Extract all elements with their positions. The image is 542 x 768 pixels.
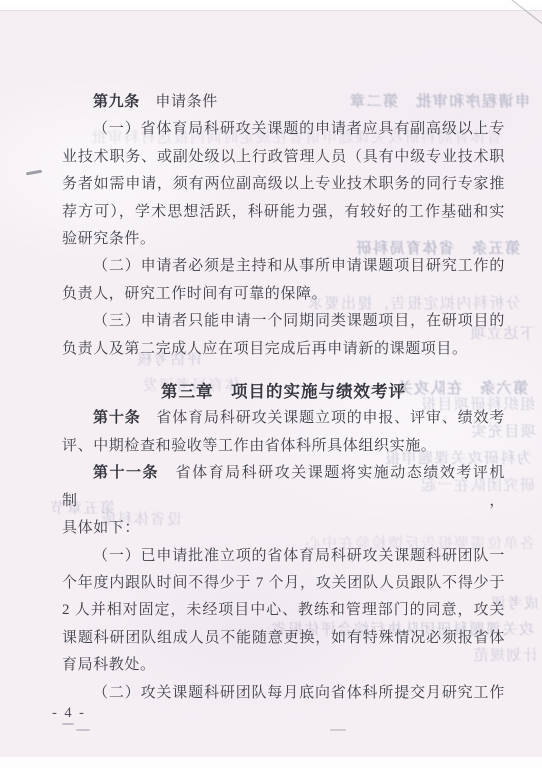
document-line: 负责人及第二完成人应在项目完成后再申请新的课题项目。 — [62, 336, 505, 363]
line-text: 负责人及第二完成人应在项目完成后再申请新的课题项目。 — [62, 341, 468, 357]
document-body: 第九条 申请条件 （一）省体育局科研攻关课题的申请者应具有副高级以上专 业技术职… — [62, 89, 505, 707]
line-text: （二）攻关课题科研团队每月底向省体科所提交月研究工作 — [93, 685, 505, 701]
document-line: 具体如下： — [62, 515, 505, 542]
page-number-prefix: - — [52, 705, 57, 722]
smudge-mark — [62, 723, 74, 725]
scan-bottom-edge — [0, 757, 542, 768]
document-line: 负责人，研究工作时间有可靠的保障。 — [62, 281, 505, 308]
line-article-10-heading: 第十条 省体育局科研攻关课题立项的申报、评审、绩效考 — [62, 405, 505, 432]
line-text: （一）已申请批准立项的省体育局科研攻关课题科研团队一 — [93, 548, 505, 564]
document-line: 务者如需申请，须有两位副高级以上专业技术职务的同行专家推 — [62, 171, 505, 198]
line-text: （一）省体育局科研攻关课题的申请者应具有副高级以上专 — [93, 121, 505, 137]
document-line: （二）攻关课题科研团队每月底向省体科所提交月研究工作 — [62, 680, 505, 707]
document-line: （三）申请者只能申请一个同期同类课题项目，在研项目的 — [62, 308, 505, 335]
page-number-value: 4 — [64, 705, 72, 722]
line-text: （二）申请者必须是主持和从事所申请课题项目研究工作的 — [93, 258, 505, 274]
line-text: 务者如需申请，须有两位副高级以上专业技术职务的同行专家推 — [62, 176, 505, 192]
line-text: 育局科教处。 — [62, 657, 156, 673]
document-line: 业技术职务、或副处级以上行政管理人员（具有中级专业技术职 — [62, 144, 505, 171]
line-text: 具体如下： — [62, 520, 140, 536]
page-number: - 4 - — [52, 705, 84, 722]
line-text: 验研究条件。 — [62, 231, 156, 247]
line-text: 申请条件 — [140, 94, 218, 110]
line-text: 荐方可），学术思想活跃，科研能力强，有较好的工作基础和实 — [62, 204, 505, 220]
article-number: 第十一条 — [93, 465, 159, 481]
line-text: 省体育局科研攻关课题立项的申报、评审、绩效考 — [141, 410, 505, 426]
article-number: 第十条 — [93, 410, 141, 426]
document-line: （一）已申请批准立项的省体育局科研攻关课题科研团队一 — [62, 543, 505, 570]
smudge-mark — [26, 170, 42, 176]
smudge-mark — [330, 729, 346, 731]
line-text: 评、中期检查和验收等工作由省体科所具体组织实施。 — [62, 438, 436, 454]
document-line: （一）省体育局科研攻关课题的申请者应具有副高级以上专 — [62, 116, 505, 143]
article-number: 第九条 — [93, 94, 140, 110]
line-text: （三）申请者只能申请一个同期同类课题项目，在研项目的 — [93, 313, 505, 329]
smudge-mark — [76, 729, 90, 731]
chapter-title: 第三章 项目的实施与绩效考评 — [161, 382, 406, 401]
chapter-3-heading: 第三章 项目的实施与绩效考评 — [62, 378, 505, 405]
line-text: 课题科研团队组成人员不能随意更换，如有特殊情况必须报省体 — [62, 630, 505, 646]
document-line: 育局科教处。 — [62, 652, 505, 679]
document-line: 课题科研团队组成人员不能随意更换，如有特殊情况必须报省体 — [62, 625, 505, 652]
scanned-document-page: 申请程序和审批 第二章省体育局科研攻关课题申请者在规定时间内报送材料审批第五条 … — [0, 0, 542, 768]
document-line: 荐方可），学术思想活跃，科研能力强，有较好的工作基础和实 — [62, 199, 505, 226]
document-line: 个年度内跟队时间不得少于 7 个月，攻关团队人员跟队不得少于 — [62, 570, 505, 597]
document-line: 验研究条件。 — [62, 226, 505, 253]
line-article-9-heading: 第九条 申请条件 — [62, 89, 505, 116]
scan-top-edge — [0, 0, 542, 11]
page-number-suffix: - — [79, 705, 84, 722]
line-text: 业技术职务、或副处级以上行政管理人员（具有中级专业技术职 — [62, 149, 505, 165]
line-text: 个年度内跟队时间不得少于 7 个月，攻关团队人员跟队不得少于 — [62, 575, 505, 591]
document-line: （二）申请者必须是主持和从事所申请课题项目研究工作的 — [62, 253, 505, 280]
line-article-11-heading: 第十一条 省体育局科研攻关课题将实施动态绩效考评机制， — [62, 460, 505, 515]
document-line: 评、中期检查和验收等工作由省体科所具体组织实施。 — [62, 433, 505, 460]
line-text: 2 人并相对固定，未经项目中心、教练和管理部门的同意，攻关 — [62, 602, 505, 618]
line-text: 负责人，研究工作时间有可靠的保障。 — [62, 286, 327, 302]
document-line: 2 人并相对固定，未经项目中心、教练和管理部门的同意，攻关 — [62, 597, 505, 624]
